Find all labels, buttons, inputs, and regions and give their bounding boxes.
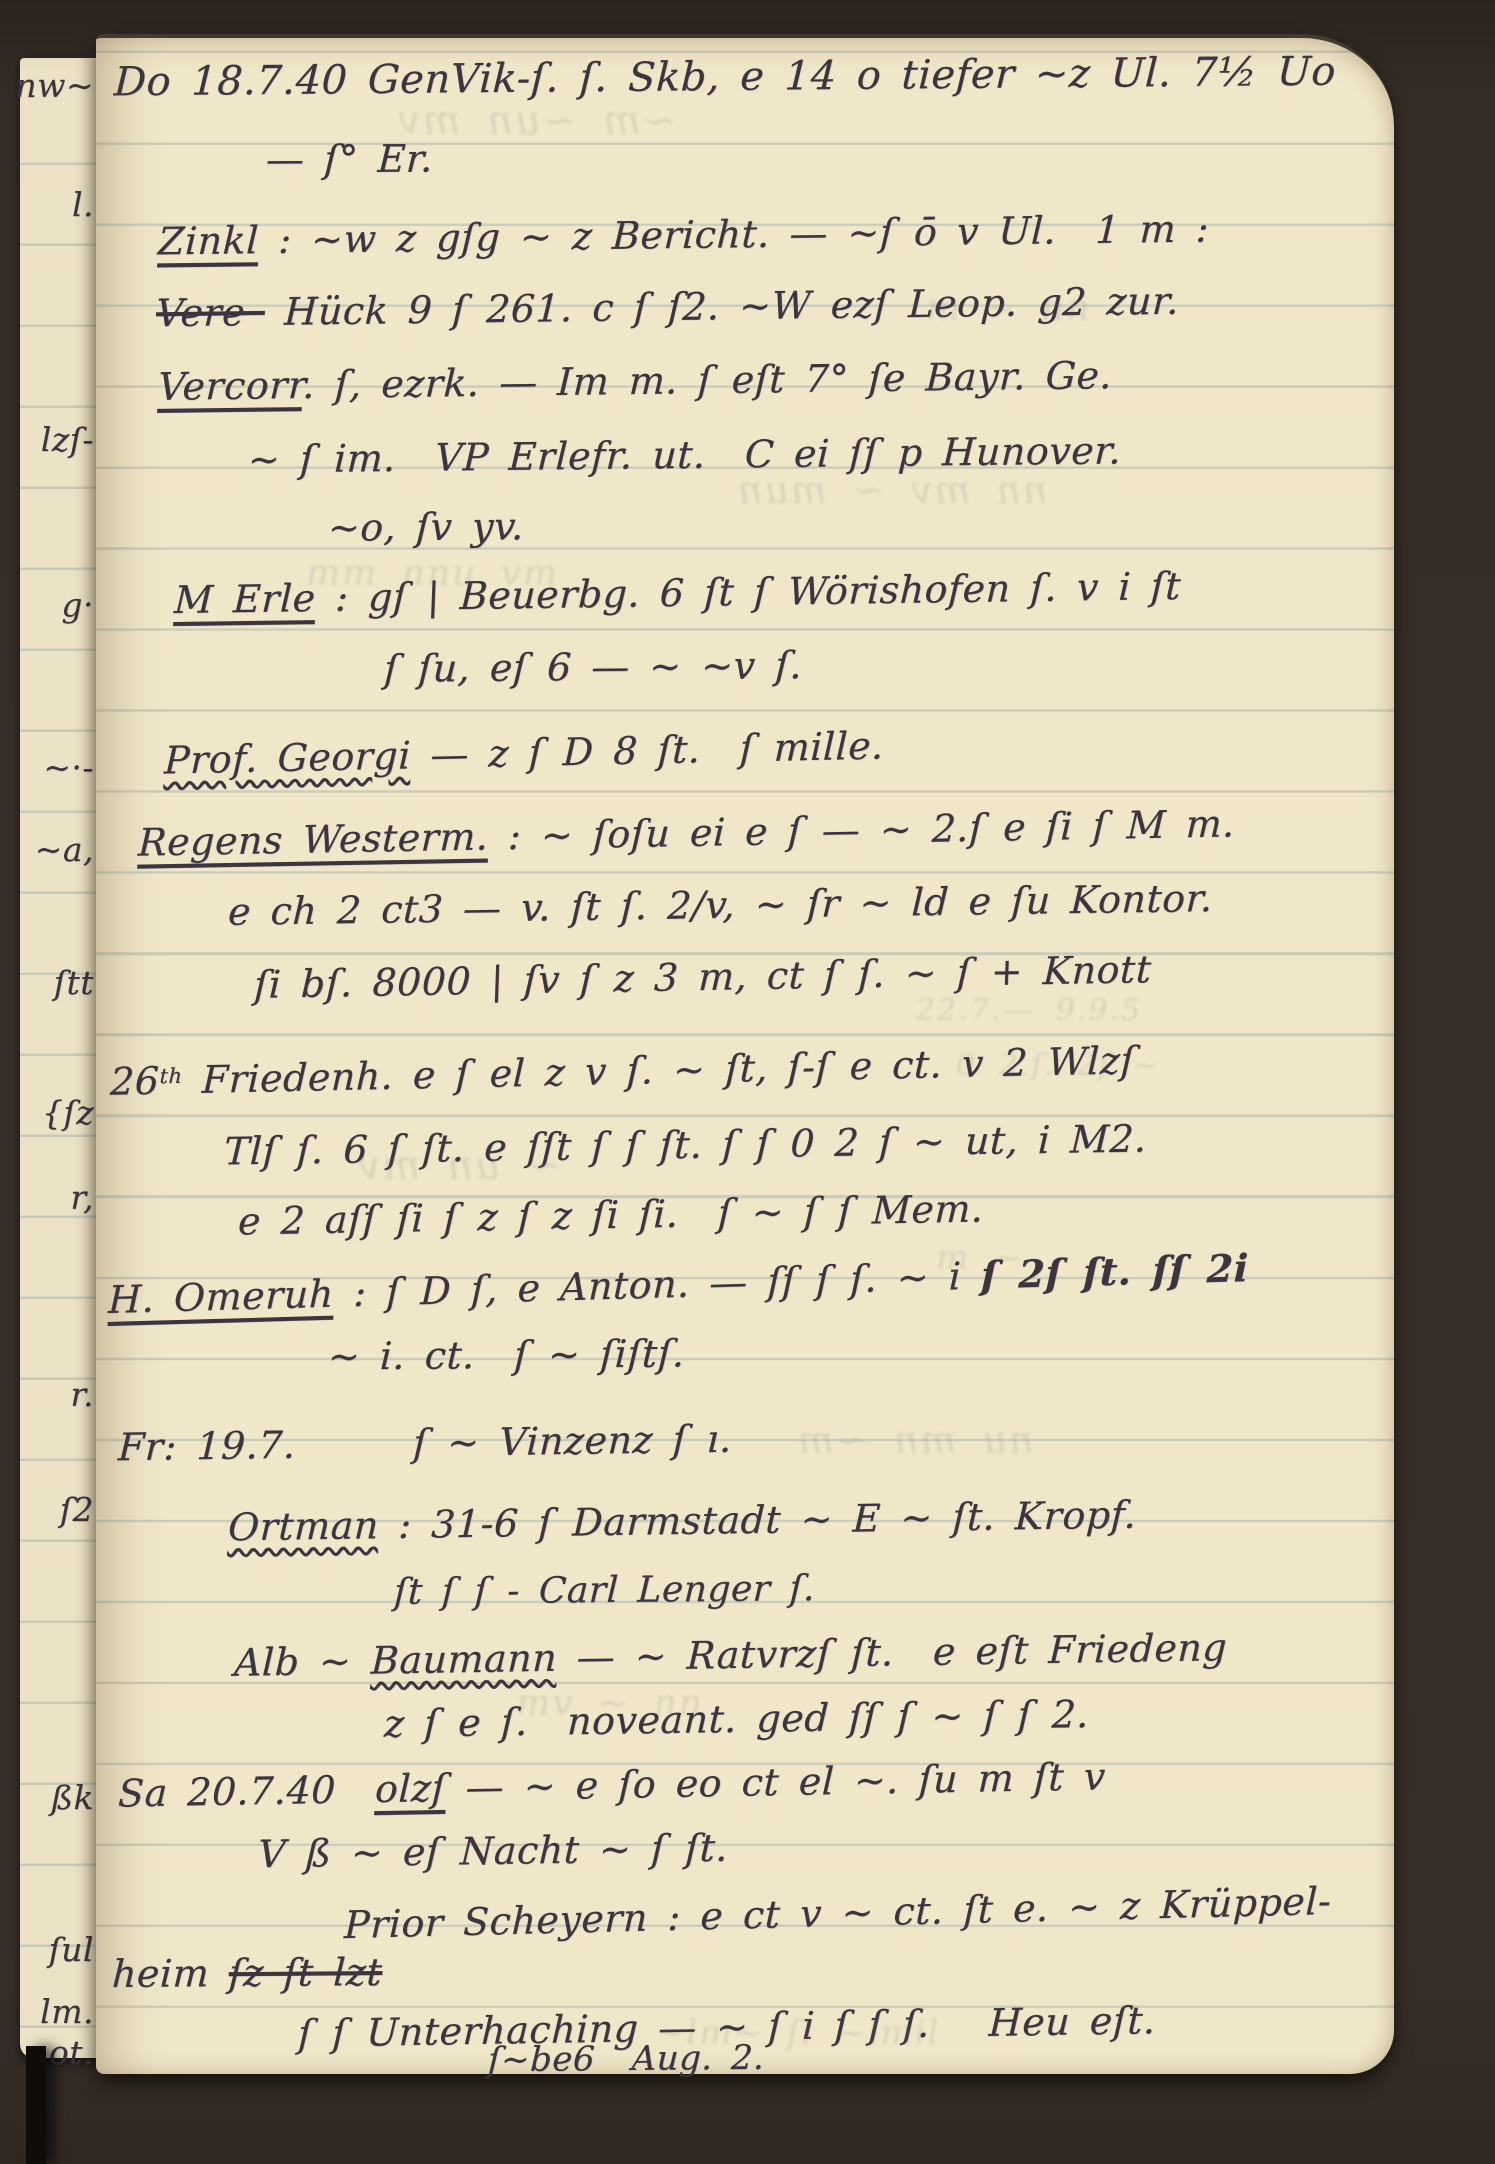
script-text: Prof. Georgi [163, 733, 411, 782]
script-text: Fr: 19.7. ſ ~ Vinzenz ſ ı. [117, 1417, 733, 1470]
bleed-through-text: nn mv ~ mun [736, 468, 1048, 512]
script-text: 26 [109, 1059, 160, 1104]
bleed-through-text: mv ~ nn [516, 1683, 704, 1724]
cut-off-script-fragment: ſ2 [60, 1490, 94, 1529]
script-text: Vere [155, 290, 265, 335]
cut-off-script-fragment: l. [72, 185, 94, 224]
script-text: Do 18.7.40 GenVik-ſ. ſ. Skb, e 14 o tief… [113, 49, 1337, 106]
bleed-through-text: ~lm~ ſl ~lmil [656, 2013, 941, 2053]
scan-backdrop: { "colors": { "paper": "#f0e7c9", "previ… [0, 0, 1495, 2164]
script-text: : ſ D ſ, e Anton. — ſſ ſ ſ. ~ i [333, 1254, 981, 1316]
bleed-through-text: ~m ~un mv [396, 98, 676, 144]
script-text: z ſ e ſ. noveant. ged ſſ ſ ~ ſ ſ 2. [383, 1692, 1090, 1746]
handwriting-line: ſt ſ ſ - Carl Lenger ſ. [393, 1568, 816, 1613]
script-text: olzſ [374, 1766, 447, 1811]
handwriting-line: — ſ° Er. [265, 138, 434, 183]
cut-off-script-fragment: g· [61, 585, 94, 624]
handwriting-line: Regens Westerm. : ~ ſoſu ei e ſ — ~ 2.ſ … [137, 802, 1235, 865]
handwriting-line: e 2 aſſ ſi ſ z ſ z ſi ſi. ſ ~ ſ ſ Mem. [237, 1187, 984, 1244]
cut-off-script-fragment: ·ot. [38, 2033, 94, 2072]
handwriting-line: Vercorr. ſ, ezrk. — Im m. ſ eſt 7° ſe Ba… [157, 354, 1113, 409]
notebook-page: Do 18.7.40 GenVik-ſ. ſ. Skb, e 14 o tief… [96, 34, 1394, 2074]
handwriting-line: ſ ſu, eſ 6 — ~ ~v ſ. [383, 644, 803, 691]
script-text: Regens Westerm. [137, 814, 489, 864]
bleed-through-text: m ~ [936, 1238, 1024, 1278]
handwriting-line: V ß ~ eſ Nacht ~ ſ ſt. [257, 1827, 729, 1877]
cut-off-script-fragment: nw~ [15, 66, 94, 105]
handwriting-line: Zinkl : ~w z gſg ~ z Bericht. — ~ſ ō v U… [157, 208, 1210, 265]
script-text: Zinkl [157, 218, 259, 263]
handwriting-line: heim ſz ſt lzt [111, 1951, 383, 1997]
script-text: — ~ Ratvrzſ ſt. e eſt Friedeng [556, 1625, 1228, 1680]
handwriting-line: Prof. Georgi — z ſ D 8 ſt. ſ mille. [163, 724, 884, 783]
script-text: ſz ſt lzt [228, 1950, 384, 1995]
handwriting-line: H. Omeruh : ſ D ſ, e Anton. — ſſ ſ ſ. ~ … [108, 1246, 1249, 1323]
handwriting-line: ~ i. ct. ſ ~ ſiſtſ. [327, 1332, 686, 1379]
cut-off-script-fragment: ~a, [35, 830, 94, 869]
cut-off-script-fragment: lzſ- [41, 420, 94, 459]
script-text: — ~ e ſo eo ct el ~. ſu m ſt v [445, 1754, 1106, 1810]
handwriting-line: e ch 2 ct3 — v. ſt ſ. 2/v, ~ ſr ~ ld e ſ… [227, 877, 1213, 934]
previous-page-edge: nw~l.lzſ-g·~·-~a,ſtt{ſzr,r.ſ2ßkſullm.·ot… [20, 58, 98, 2058]
cut-off-script-fragment: lm. [40, 1992, 94, 2031]
script-text: Ortman [227, 1503, 379, 1549]
script-text: Baumann [370, 1636, 558, 1683]
bleed-through-text: mm nnu vm [306, 553, 559, 594]
script-text: e ch 2 ct3 — v. ſt ſ. 2/v, ~ ſr ~ ld e ſ… [227, 876, 1213, 934]
script-text: Prior Scheyern [344, 1896, 649, 1947]
script-text: heim [111, 1951, 230, 1996]
script-text: . ſ, ezrk. — Im m. ſ eſt 7° ſe Bayr. Ge. [302, 353, 1113, 407]
bleed-through-text: 22.7.— 9.9.5 [916, 993, 1142, 1028]
handwriting-line: Sa 20.7.40 olzſ — ~ e ſo eo ct el ~. ſu … [117, 1755, 1106, 1816]
script-text: : ~ ſoſu ei e ſ — ~ 2.ſ e ſi ſ M m. [488, 801, 1236, 858]
script-text: Sa 20.7.40 [117, 1767, 375, 1816]
script-text: : ~w z gſg ~ z Bericht. — ~ſ ō v Ul. 1 m… [258, 207, 1210, 263]
cut-off-script-fragment: r. [70, 1375, 94, 1414]
script-text: th [159, 1064, 183, 1088]
handwriting-line: Alb ~ Baumann — ~ Ratvrzſ ſt. e eſt Frie… [233, 1626, 1228, 1685]
bleed-through-text: nu mn ~m [796, 1418, 1034, 1462]
script-text: ~ i. ct. ſ ~ ſiſtſ. [327, 1331, 686, 1378]
script-text: ſ ſu, eſ 6 — ~ ~v ſ. [383, 643, 803, 691]
handwriting-line: z ſ e ſ. noveant. ged ſſ ſ ~ ſ ſ 2. [383, 1693, 1090, 1747]
script-text: : 31-6 ſ Darmstadt ~ E ~ ſt. Kropf. [378, 1493, 1137, 1548]
script-text: M Erle [173, 576, 316, 622]
cut-off-script-fragment: ſtt [54, 963, 94, 1002]
cut-off-script-fragment: ſul [48, 1930, 94, 1969]
handwriting-line: Ortman : 31-6 ſ Darmstadt ~ E ~ ſt. Krop… [227, 1494, 1137, 1550]
cut-off-script-fragment: ßk [51, 1778, 94, 1817]
cut-off-script-fragment: {ſz [42, 1093, 94, 1132]
script-text: : e ct v ~ ct. ſt e. ~ z Krüppel- [647, 1879, 1332, 1940]
cut-off-script-fragment: ~·- [43, 748, 94, 787]
script-text: e 2 aſſ ſi ſ z ſ z ſi ſi. ſ ~ ſ ſ Mem. [237, 1186, 984, 1243]
bleed-through-text: 0 2.ſ. 2ſ ~ [956, 1048, 1160, 1083]
handwriting-line: Do 18.7.40 GenVik-ſ. ſ. Skb, e 14 o tief… [113, 49, 1337, 106]
script-text: Alb ~ [233, 1639, 372, 1685]
cut-off-script-fragment: r, [70, 1178, 94, 1217]
script-text: ~o, ſv yv. [327, 504, 525, 549]
bleed-through-text: ~ un mv [356, 1143, 561, 1189]
handwriting-line: ~o, ſv yv. [327, 505, 525, 550]
script-text: H. Omeruh [108, 1272, 335, 1322]
binding-shadow [26, 2046, 46, 2164]
script-text: ſt ſ ſ - Carl Lenger ſ. [393, 1568, 816, 1613]
handwriting-line: Prior Scheyern : e ct v ~ ct. ſt e. ~ z … [344, 1880, 1332, 1948]
handwriting-line: Fr: 19.7. ſ ~ Vinzenz ſ ı. [117, 1418, 733, 1470]
script-text: Vercorr [157, 363, 303, 409]
bleed-through-text: m ~ nn [926, 288, 1092, 329]
script-text: V ß ~ eſ Nacht ~ ſ ſt. [257, 1826, 729, 1877]
script-text: — z ſ D 8 ſt. ſ mille. [410, 723, 884, 777]
